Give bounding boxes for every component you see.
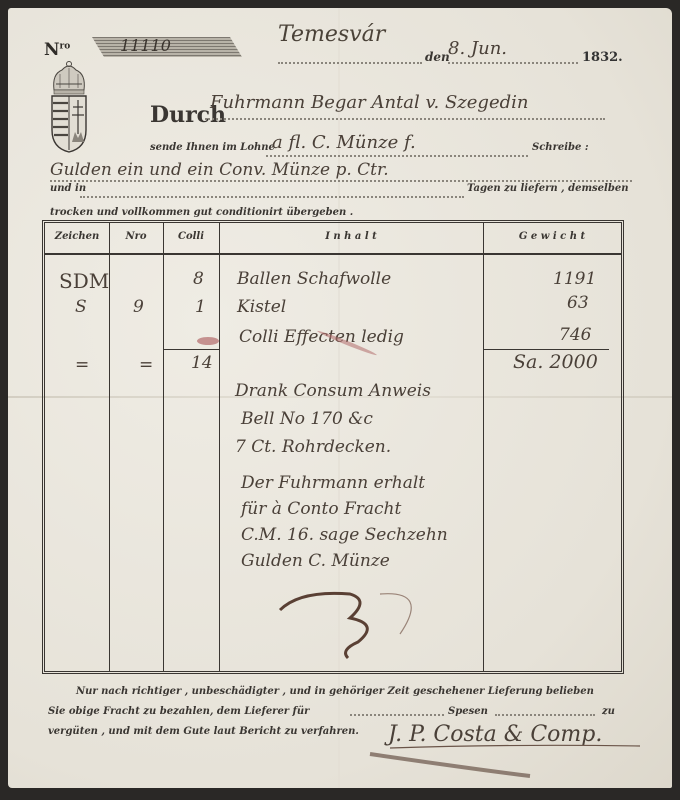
col-divider [163,223,164,671]
footer-line-2a: Sie obige Fracht zu bezahlen, dem Liefer… [48,702,309,722]
footer-line-3: vergüten , und mit dem Gute laut Bericht… [48,722,359,742]
th-inhalt: I n h a l t [219,231,483,242]
flourish-mark-icon [260,580,480,670]
row1-gewicht: 1191 [553,269,596,289]
year: 1832. [582,50,623,65]
date-handwritten: 8. Jun. [448,38,507,59]
row1-inhalt: Ballen Schafwolle [237,269,391,289]
th-nro: Nro [109,231,163,242]
number-handwritten: 11110 [120,36,171,55]
weight-sum-line [483,349,609,350]
fee-dotted-line [266,155,528,157]
days-dotted-line [80,196,464,198]
signature-flourish-icon [360,740,660,780]
place-dotted-line [278,62,422,64]
footer-line-1: Nur nach richtiger , unbeschädigter , un… [76,682,594,702]
row3-inhalt: Colli Effecten ledig [239,327,404,347]
note-line: Der Fuhrmann erhalt [241,473,425,493]
note-line: Drank Consum Anweis [235,381,431,401]
row3-gewicht: 746 [559,325,591,345]
table-header: Zeichen Nro Colli I n h a l t G e w i c … [45,223,621,255]
row2-gewicht: 63 [567,293,589,313]
number-label: Nro [44,40,70,60]
den-label: den [425,50,450,64]
row1-zeichen: SDM [59,269,109,293]
note-line: Gulden C. Münze [241,551,390,571]
row2-inhalt: Kistel [237,297,286,317]
red-ink-mark [197,337,219,345]
amount-dotted-line [50,180,632,182]
row4-nro: = [139,355,153,375]
footer-line-2c: zu [602,702,615,722]
col-divider [219,223,220,671]
th-gewicht: G e w i c h t [483,231,621,242]
fee-handwritten: a fl. C. Münze f. [272,132,416,153]
th-zeichen: Zeichen [45,231,109,242]
schreibe-label: Schreibe : [532,142,589,153]
row1-colli: 8 [193,269,204,289]
coat-of-arms-icon [48,60,90,156]
note-line: 7 Ct. Rohrdecken. [235,437,391,457]
footer-line-2b: Spesen [448,702,488,722]
row4-zeichen: = [75,355,89,375]
note-line: C.M. 16. sage Sechzehn [241,525,448,545]
trocken-label: trocken und vollkommen gut conditionirt … [50,207,353,218]
sendet-label: sende Ihnen im Lohne [150,142,275,153]
col-divider [483,223,484,671]
row4-colli: 14 [191,353,213,373]
carrier-handwritten: Fuhrmann Begar Antal v. Szegedin [210,92,528,113]
amount-words-handwritten: Gulden ein und ein Conv. Münze p. Ctr. [50,160,389,180]
row2-colli: 1 [195,297,206,317]
note-line: für à Conto Fracht [241,499,401,519]
th-colli: Colli [163,231,219,242]
date-dotted-line [448,62,578,64]
spesen-dotted-line [350,714,444,716]
und-in-label: und in [50,183,86,194]
place-handwritten: Temesvár [278,22,385,47]
row2-nro: 9 [133,297,144,317]
row2-zeichen: S [75,297,87,317]
carrier-dotted-line [205,118,605,120]
note-line: Bell No 170 &c [241,409,373,429]
colli-sum-line [163,349,219,350]
amount2-dotted-line [495,714,595,716]
row4-gewicht-total: Sa. 2000 [513,351,598,373]
tagen-label: Tagen zu liefern , demselben [467,183,628,194]
